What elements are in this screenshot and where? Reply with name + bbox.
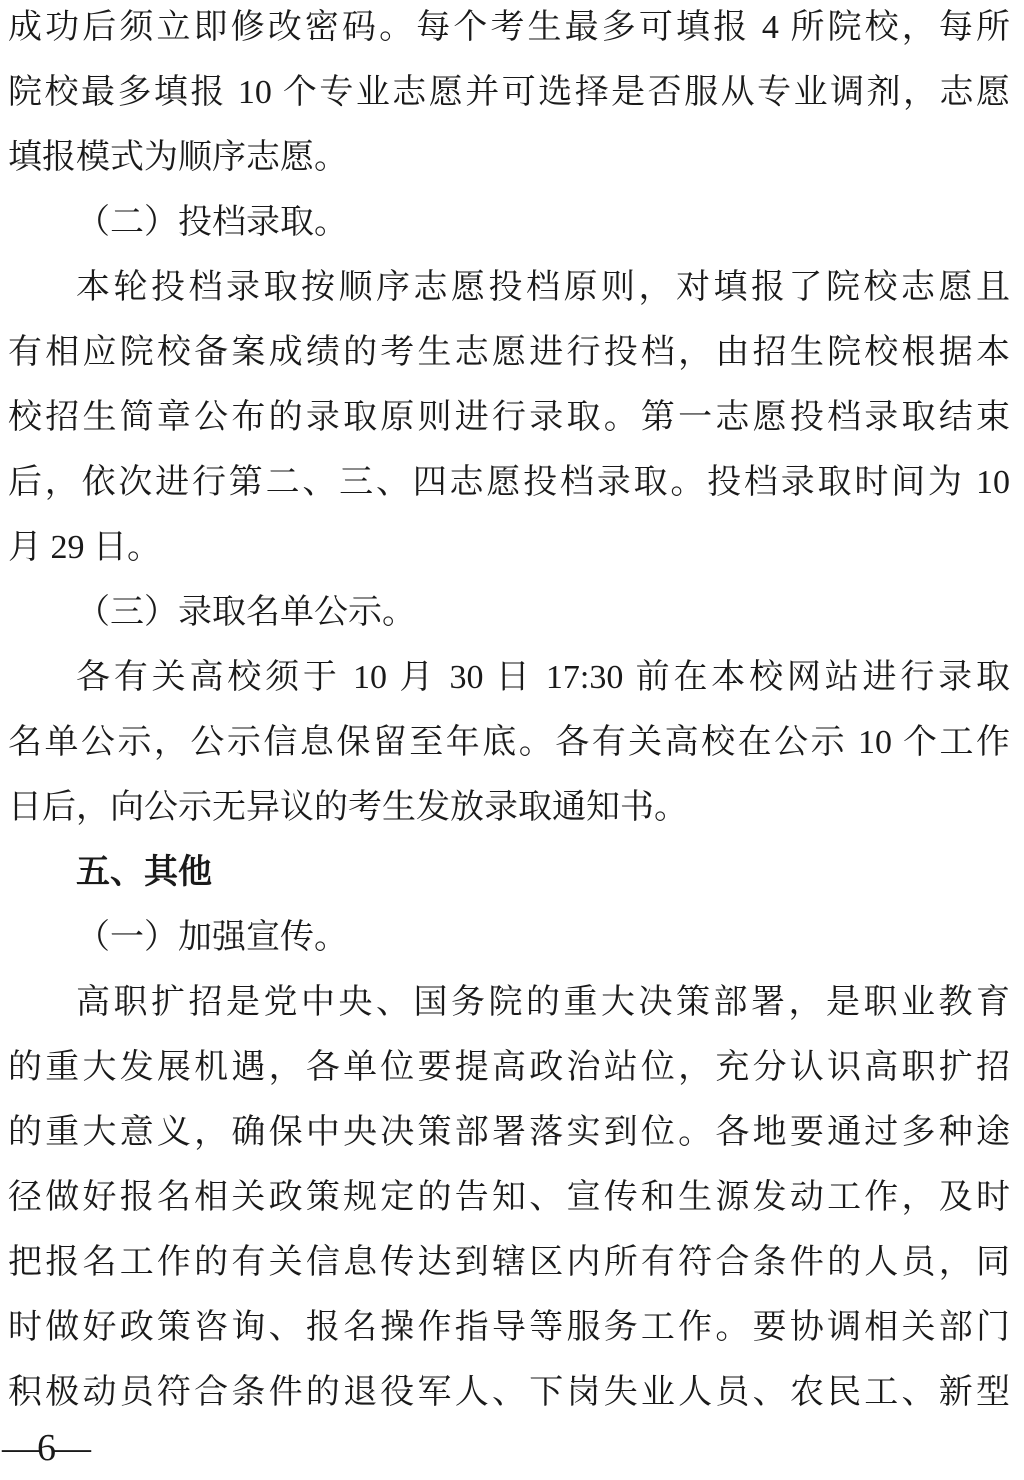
- document-page: 成功后须立即修改密码。每个考生最多可填报 4 所院校，每所院校最多填报 10 个…: [0, 0, 1024, 1480]
- text-line: 高职扩招是党中央、国务院的重大决策部署，是职业教育: [8, 970, 1010, 1035]
- text-line: 把报名工作的有关信息传达到辖区内所有符合条件的人员，同: [8, 1230, 1010, 1295]
- text-line: 校招生简章公布的录取原则进行录取。第一志愿投档录取结束: [8, 385, 1010, 450]
- text-line: 月 29 日。: [8, 515, 1010, 580]
- text-line: 填报模式为顺序志愿。: [8, 125, 1010, 190]
- text-line: 的重大意义，确保中央决策部署落实到位。各地要通过多种途: [8, 1100, 1010, 1165]
- text-line: 各有关高校须于 10 月 30 日 17:30 前在本校网站进行录取: [8, 645, 1010, 710]
- text-line: （二）投档录取。: [8, 190, 1010, 255]
- text-line: 本轮投档录取按顺序志愿投档原则，对填报了院校志愿且: [8, 255, 1010, 320]
- text-line: 时做好政策咨询、报名操作指导等服务工作。要协调相关部门: [8, 1295, 1010, 1360]
- page-number: —6—: [2, 1424, 88, 1472]
- text-line: 积极动员符合条件的退役军人、下岗失业人员、农民工、新型: [8, 1360, 1010, 1425]
- text-line: 成功后须立即修改密码。每个考生最多可填报 4 所院校，每所: [8, 0, 1010, 60]
- text-line: 院校最多填报 10 个专业志愿并可选择是否服从专业调剂，志愿: [8, 60, 1010, 125]
- text-line: （一）加强宣传。: [8, 905, 1010, 970]
- text-line: （三）录取名单公示。: [8, 580, 1010, 645]
- text-line: 径做好报名相关政策规定的告知、宣传和生源发动工作，及时: [8, 1165, 1010, 1230]
- text-line: 名单公示，公示信息保留至年底。各有关高校在公示 10 个工作: [8, 710, 1010, 775]
- text-line: 有相应院校备案成绩的考生志愿进行投档，由招生院校根据本: [8, 320, 1010, 385]
- text-line: 日后，向公示无异议的考生发放录取通知书。: [8, 775, 1010, 840]
- text-line: 后，依次进行第二、三、四志愿投档录取。投档录取时间为 10: [8, 450, 1010, 515]
- document-body: 成功后须立即修改密码。每个考生最多可填报 4 所院校，每所院校最多填报 10 个…: [8, 0, 1010, 1425]
- text-line: 的重大发展机遇，各单位要提高政治站位，充分认识高职扩招: [8, 1035, 1010, 1100]
- text-line: 五、其他: [8, 840, 1010, 905]
